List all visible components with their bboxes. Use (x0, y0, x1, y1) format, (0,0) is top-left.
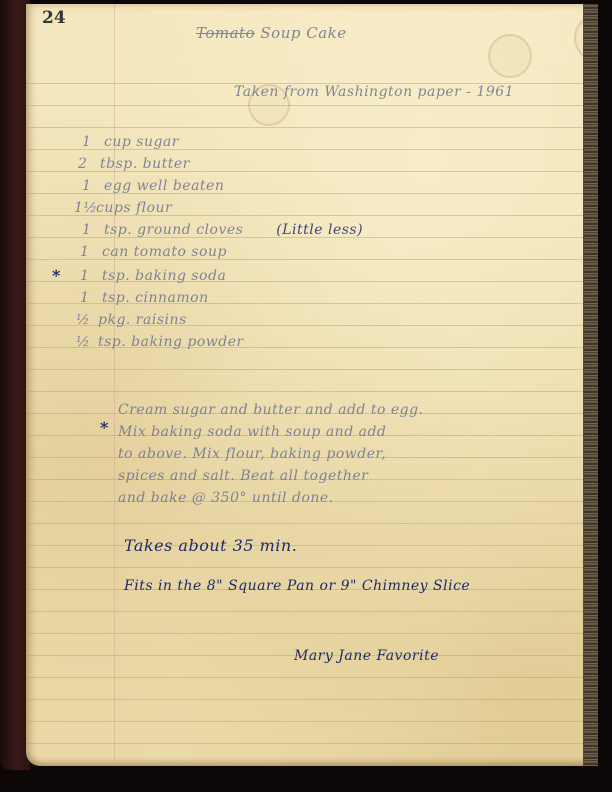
ingredient-row: ½tsp. baking powder (76, 334, 244, 350)
ingredient-row: 1½cups flour (74, 200, 172, 216)
ingredient-row: 1tsp. baking soda (80, 268, 226, 284)
ingredient-row: 1can tomato soup (80, 244, 227, 260)
ingredient-row: 2tbsp. butter (78, 156, 190, 172)
direction-line: and bake @ 350° until done. (118, 490, 334, 506)
ingredient-row: 1tsp. cinnamon (80, 290, 209, 306)
recipe-title: Tomato Soup Cake (196, 24, 347, 42)
book-spine-stitching (583, 4, 598, 766)
ingredient-row: 1tsp. ground cloves (Little less) (82, 222, 363, 238)
water-stain (488, 34, 532, 78)
margin-line (114, 4, 115, 766)
baking-time-note: Takes about 35 min. (124, 536, 297, 555)
asterisk-marker-icon: * (52, 266, 60, 285)
ingredient-note: (Little less) (276, 222, 363, 238)
pan-size-note: Fits in the 8" Square Pan or 9" Chimney … (124, 578, 470, 594)
title-struck-word: Tomato (196, 24, 255, 42)
title-text: Soup Cake (260, 24, 346, 42)
notebook-page: 24 Tomato Soup Cake Taken from Washingto… (26, 4, 598, 766)
ingredient-row: 1egg well beaten (82, 178, 224, 194)
ingredient-row: 1cup sugar (82, 134, 179, 150)
direction-line: to above. Mix flour, baking powder, (118, 446, 386, 462)
page-number: 24 (42, 8, 66, 28)
recipe-source: Taken from Washington paper - 1961 (234, 84, 514, 100)
signature: Mary Jane Favorite (294, 648, 439, 664)
direction-line: Mix baking soda with soup and add (118, 424, 386, 440)
direction-line: spices and salt. Beat all together (118, 468, 368, 484)
asterisk-marker-icon: * (100, 418, 108, 437)
ingredient-row: ½pkg. raisins (76, 312, 187, 328)
direction-line: Cream sugar and butter and add to egg. (118, 402, 424, 418)
